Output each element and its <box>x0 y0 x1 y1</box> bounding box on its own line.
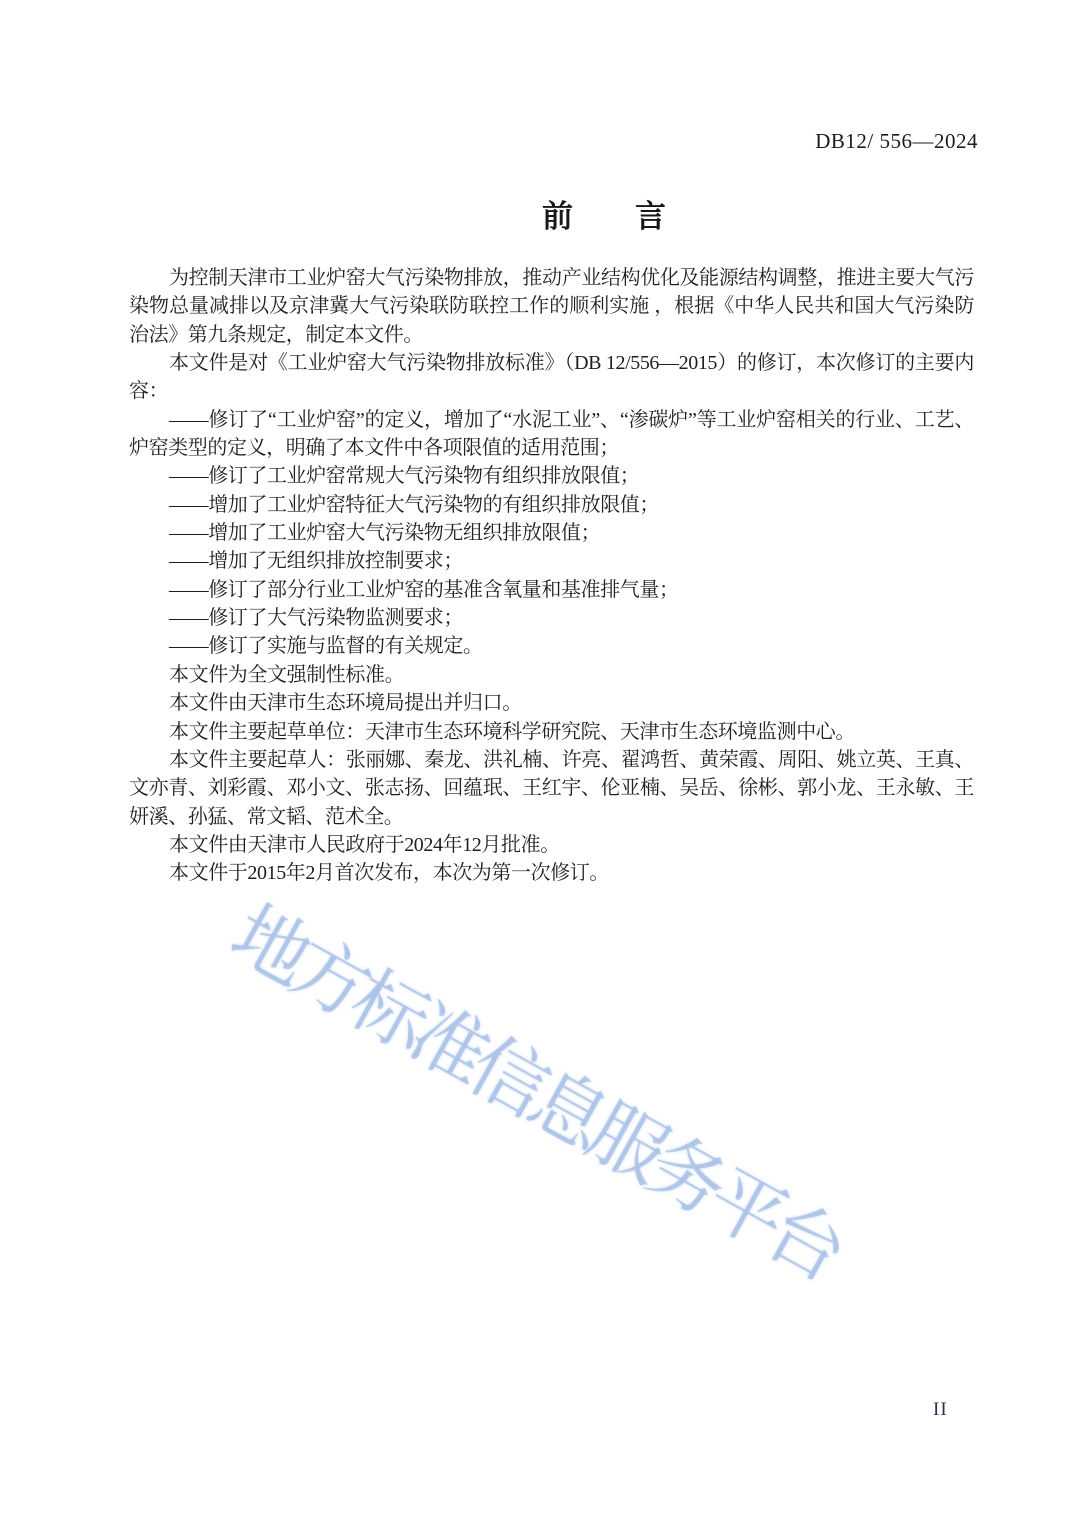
standard-code: DB12/ 556—2024 <box>815 129 978 154</box>
document-paragraph: 本文件由天津市人民政府于2024年12月批准。 <box>129 831 974 859</box>
document-paragraph: ——修订了工业炉窑常规大气污染物有组织排放限值； <box>129 462 974 490</box>
document-paragraph: 本文件为全文强制性标准。 <box>129 661 974 689</box>
document-paragraph: ——增加了无组织排放控制要求； <box>129 547 974 575</box>
diagonal-watermark: 地方标准信息服务平台 <box>215 874 863 1299</box>
page-title: 前 言 <box>0 191 1080 236</box>
document-paragraph: 本文件主要起草人：张丽娜、秦龙、洪礼楠、许亮、翟鸿哲、黄荣霞、周阳、姚立英、王真… <box>129 746 974 831</box>
document-paragraph: ——修订了“工业炉窑”的定义，增加了“水泥工业”、“渗碳炉”等工业炉窑相关的行业… <box>129 406 974 463</box>
document-paragraph: 本文件是对《工业炉窑大气污染物排放标准》（DB 12/556—2015）的修订，… <box>129 349 974 406</box>
document-paragraph: ——修订了实施与监督的有关规定。 <box>129 632 974 660</box>
document-paragraph: ——增加了工业炉窑大气污染物无组织排放限值； <box>129 519 974 547</box>
document-paragraph: 本文件由天津市生态环境局提出并归口。 <box>129 689 974 717</box>
document-body: 为控制天津市工业炉窑大气污染物排放，推动产业结构优化及能源结构调整，推进主要大气… <box>129 264 974 888</box>
document-paragraph: 本文件主要起草单位：天津市生态环境科学研究院、天津市生态环境监测中心。 <box>129 718 974 746</box>
document-paragraph: 为控制天津市工业炉窑大气污染物排放，推动产业结构优化及能源结构调整，推进主要大气… <box>129 264 974 349</box>
document-page: DB12/ 556—2024 前 言 为控制天津市工业炉窑大气污染物排放，推动产… <box>0 0 1080 1527</box>
document-paragraph: ——增加了工业炉窑特征大气污染物的有组织排放限值； <box>129 491 974 519</box>
document-paragraph: 本文件于2015年2月首次发布，本次为第一次修订。 <box>129 859 974 887</box>
page-number: II <box>933 1399 948 1421</box>
document-paragraph: ——修订了部分行业工业炉窑的基准含氧量和基准排气量； <box>129 576 974 604</box>
document-paragraph: ——修订了大气污染物监测要求； <box>129 604 974 632</box>
